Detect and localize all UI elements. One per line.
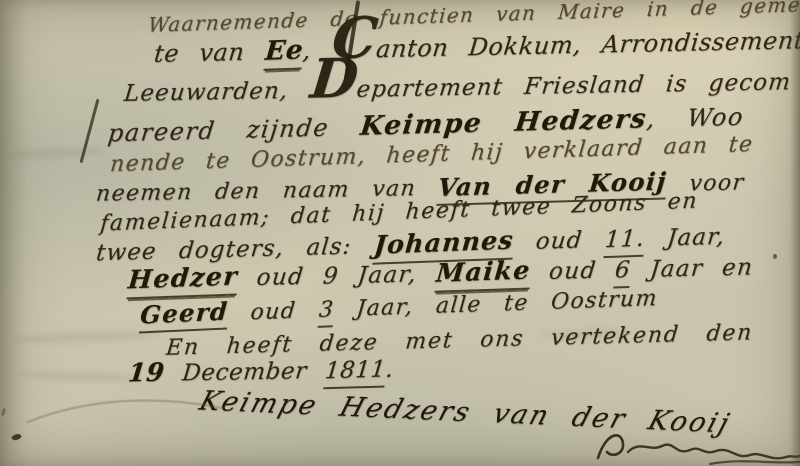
date-year: 1811 — [323, 355, 387, 389]
document-page: Waarnemende de functien van Maire in de … — [0, 0, 800, 466]
handwritten-text: , Woo — [645, 103, 745, 134]
place-name-ee: Ee — [263, 33, 304, 70]
handwritten-text: Jaar, — [644, 224, 727, 252]
handwritten-text: Jaar, alle te Oostrum — [333, 286, 659, 322]
ink-speck — [773, 254, 777, 259]
handwritten-text: oud — [529, 257, 617, 285]
faint-flourish — [22, 392, 232, 432]
handwritten-text: oud — [227, 298, 320, 326]
flourished-capital-d: D — [308, 46, 362, 111]
handwritten-text: oud 9 Jaar, — [237, 261, 437, 291]
child-name-hedzer: Hedzer — [126, 260, 239, 299]
handwritten-text: Leeuwarden, — [123, 78, 311, 107]
handwritten-text: anton Dokkum, Arrondissement — [375, 26, 800, 63]
handwritten-text: epartement Friesland is gecom — [355, 69, 792, 103]
handwritten-text: Jaar en — [630, 254, 755, 283]
bleedthrough-smudge — [18, 370, 138, 383]
handwritten-text: oud — [512, 227, 606, 255]
handwritten-text: te van — [153, 37, 266, 67]
handwritten-text: December — [163, 358, 326, 387]
handwritten-text: pareerd zijnde — [106, 113, 362, 148]
date-day: 19 — [127, 357, 167, 388]
page-edge-shadow-left — [0, 0, 28, 466]
bleedthrough-smudge — [10, 329, 160, 344]
child-name-geerd: Geerd — [139, 296, 230, 333]
age-3: 3 — [317, 296, 335, 327]
second-signature-flourish — [590, 420, 800, 466]
page-edge-shadow-right — [790, 0, 800, 466]
